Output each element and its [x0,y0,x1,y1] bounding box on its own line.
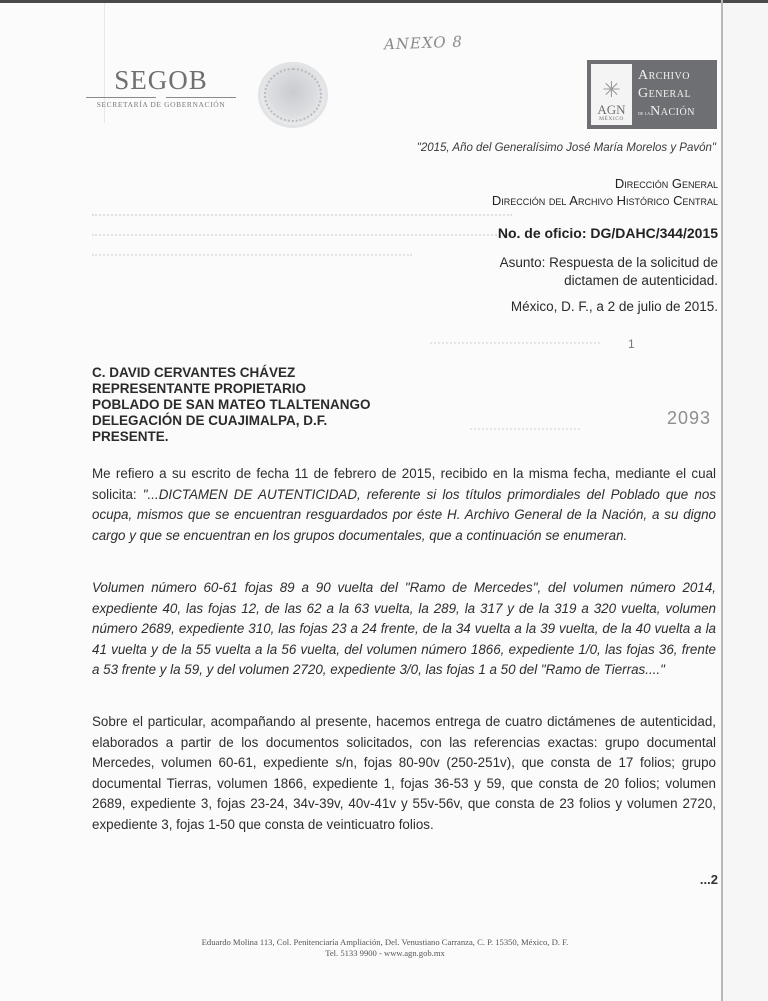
agn-logo-emblem: ✳ AGN MÉXICO [591,64,632,125]
recipient-delegation: DELEGACIÓN DE CUAJIMALPA, D.F. [92,413,371,429]
agn-name-line1: Archivo [638,67,717,85]
agn-name-prefix: de la [638,111,650,117]
agn-name-nacion: Nación [650,104,695,119]
seal-ring [264,68,322,122]
agn-logo: ✳ AGN MÉXICO Archivo General de laNación [587,60,717,129]
bleed-through-line [92,254,412,262]
recipient-title: REPRESENTANTE PROPIETARIO [92,381,371,397]
body-paragraph-3: Sobre el particular, acompañando al pres… [92,712,716,835]
year-motto: "2015, Año del Generalísimo José María M… [417,142,716,154]
bleed-through-line [92,234,512,242]
segob-rule [86,97,236,98]
page-continuation-marker: ...2 [700,872,718,887]
recipient-block: C. DAVID CERVANTES CHÁVEZ REPRESENTANTE … [92,365,371,445]
subject-line: Asunto: Respuesta de la solicitud de dic… [500,254,718,290]
recipient-town: POBLADO DE SAN MATEO TLALTENANGO [92,397,371,413]
agn-name-line3: de laNación [638,103,717,123]
segob-subtitle: SECRETARÍA DE GOBERNACIÓN [86,100,236,109]
agn-logo-name: Archivo General de laNación [632,60,717,129]
stamped-number: 2093 [667,408,711,429]
body-paragraph-2: Volumen número 60-61 fojas 89 a 90 vuelt… [92,578,716,681]
margin-mark: 1 [628,337,635,351]
agn-burst-icon: ✳ [602,79,620,101]
footer-contact: Tel. 5133 9900 - www.agn.gob.mx [150,948,620,959]
handwritten-annex-note: ANEXO 8 [384,33,464,54]
agn-country: MÉXICO [599,116,624,122]
body-paragraph-1: Me refiero a su escrito de fecha 11 de f… [92,464,716,546]
recipient-presente: PRESENTE. [92,429,371,445]
segob-title: SEGOB [86,66,236,94]
department-line1: Dirección General [492,175,718,192]
page-margin-strip [723,3,768,1001]
letterhead-footer: Eduardo Molina 113, Col. Penitenciaría A… [150,937,620,959]
mexican-coat-of-arms-seal-icon [258,62,328,128]
bleed-through-line [430,342,600,350]
subject-line2: dictamen de autenticidad. [500,272,718,290]
agn-name-line2: General [638,85,717,103]
agn-abbr: AGN [597,103,625,116]
scan-top-border [0,0,768,3]
oficio-number: No. de oficio: DG/DAHC/344/2015 [498,225,718,241]
paragraph-1-quote: "...DICTAMEN DE AUTENTICIDAD, referente … [92,487,716,543]
segob-logo: SEGOB SECRETARÍA DE GOBERNACIÓN [86,66,236,109]
department-line2: Dirección del Archivo Histórico Central [492,192,718,209]
date-line: México, D. F., a 2 de julio de 2015. [511,299,718,314]
subject-line1: Asunto: Respuesta de la solicitud de [500,254,718,272]
footer-address: Eduardo Molina 113, Col. Penitenciaría A… [150,937,620,948]
bleed-through-line [92,214,512,222]
bleed-through-line [470,428,580,436]
department-heading: Dirección General Dirección del Archivo … [492,175,718,209]
recipient-name: C. DAVID CERVANTES CHÁVEZ [92,365,371,381]
